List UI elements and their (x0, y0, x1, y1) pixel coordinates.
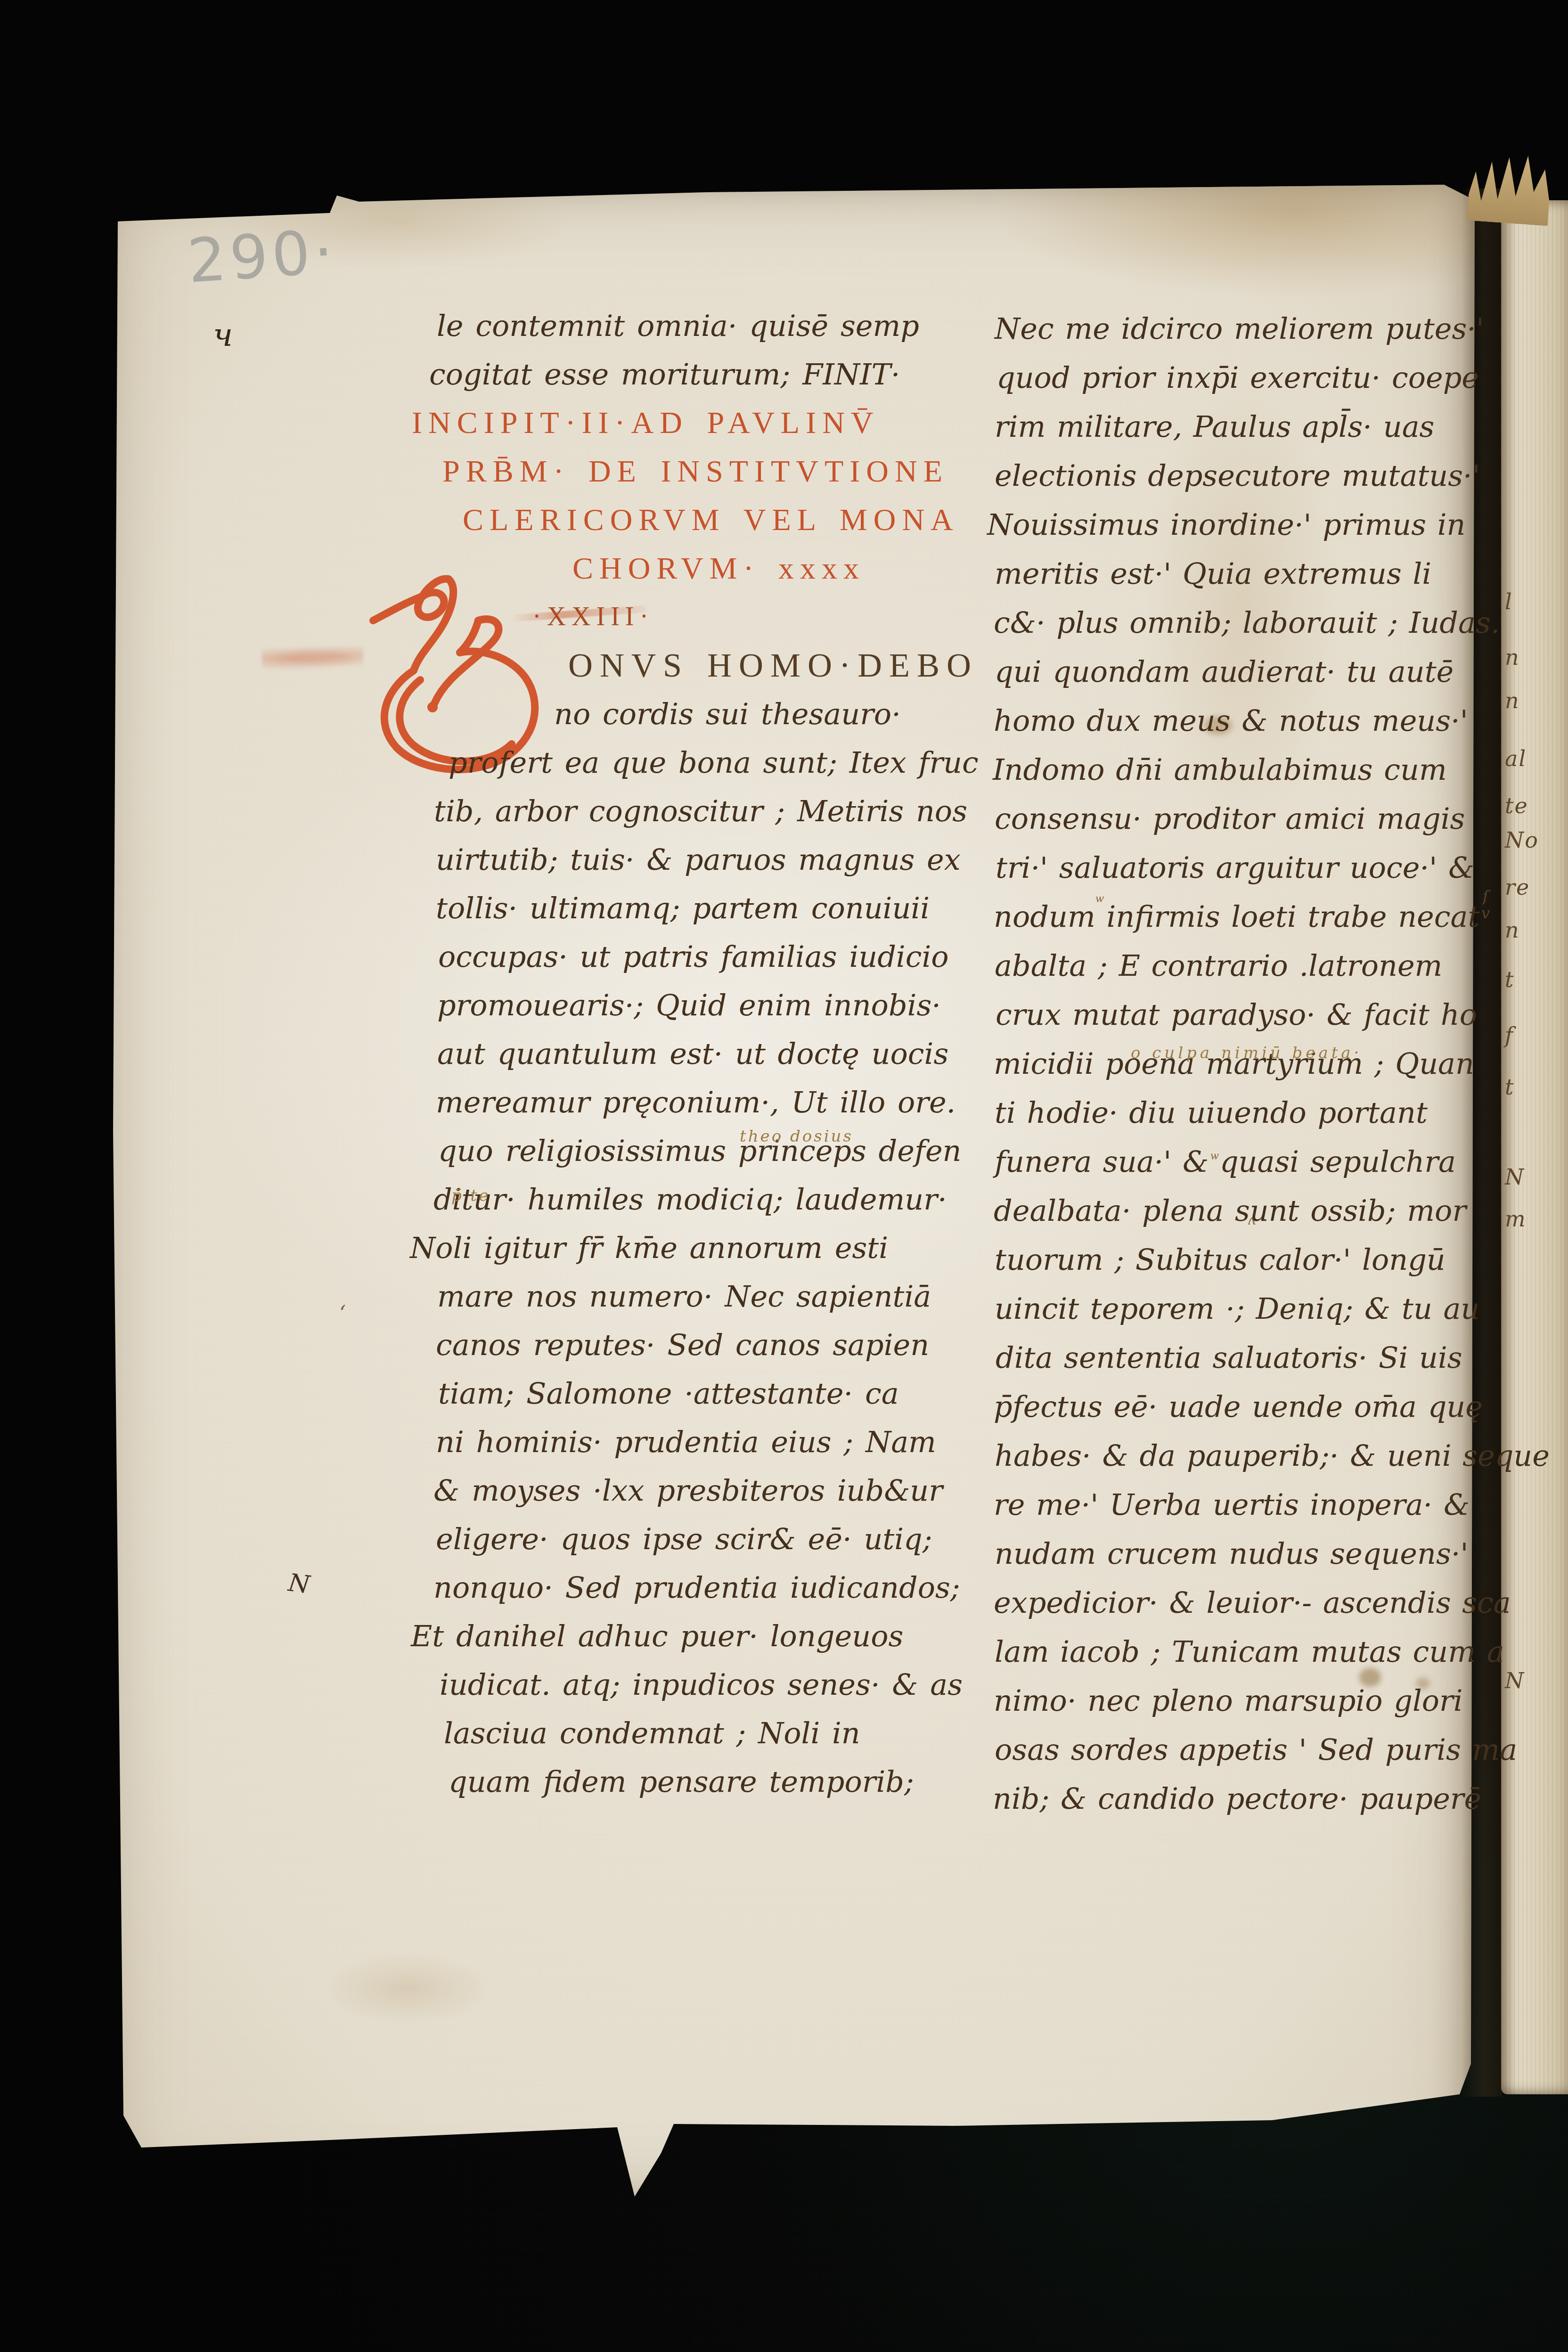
manuscript-text-line: uincit teporem ·; Deniq; & tu au (987, 1284, 1524, 1333)
margin-curl-mark: ʻ (339, 1301, 346, 1325)
manuscript-text-line: habes· & da pauperib;· & ueni seque (987, 1431, 1524, 1480)
manuscript-text-line: nudam crucem nudus sequens·' (987, 1529, 1524, 1578)
manuscript-text-line: tuorum ; Subitus calor·' longū (987, 1235, 1524, 1284)
manuscript-text-line: homo dux meus & notus meus·' (987, 696, 1524, 745)
right-text-column: Nec me idcirco meliorem putes·'quod prio… (987, 304, 1524, 1823)
manuscript-text-line: nimo· nec pleno marsupio glori (987, 1676, 1524, 1725)
manuscript-text-line: ti hodie· diu uiuendo portant (987, 1088, 1524, 1137)
manuscript-text-line: lam iacob ; Tunicam mutas cum a (987, 1627, 1524, 1676)
manuscript-text-line: dealbata· plena sunt ossib; mor (987, 1186, 1524, 1235)
margin-mark-top-left: ч (213, 317, 233, 354)
manuscript-text-line: funera sua·' & quasi sepulchra (987, 1137, 1524, 1186)
manuscript-text-line: tri·' saluatoris arguitur uoce·' & (987, 843, 1524, 892)
manuscript-text-line: electionis depsecutore mutatus·' (987, 451, 1524, 500)
manuscript-text-line: quod prior inxp̄i exercitu· coepe (987, 353, 1524, 402)
manuscript-text-line: Indomo dn̄i ambulabimus cum (987, 745, 1524, 794)
manuscript-text-line: abalta ; E contrario .latronem (987, 941, 1524, 990)
interlinear-gloss-o-culpa: o culpa nimiū beata· (1131, 1044, 1362, 1062)
manuscript-text-line: osas sordes appetis ' Sed puris ma (987, 1725, 1524, 1774)
manuscript-text-line: Nouissimus inordine·' primus in (987, 500, 1524, 549)
manuscript-text-line: c&· plus omnib; laborauit ; Iudas. (987, 598, 1524, 647)
manuscript-text-line: crux mutat paradyso· & facit ho (987, 990, 1524, 1039)
photo-background: lnnalteNorentftNmN 290· ч N ʻ ʌ ѡ ѡ ſ v … (0, 0, 1568, 2352)
manuscript-text-line: Nec me idcirco meliorem putes·' (987, 304, 1524, 353)
interlinear-gloss-theodosius: theo dosius (740, 1127, 853, 1146)
manuscript-text-line: nodum infirmis loeti trabe necat (987, 892, 1524, 941)
margin-mark-lower-left: N (287, 1568, 311, 1599)
manuscript-text-line: expedicior· & leuior·- ascendis sca (987, 1578, 1524, 1627)
manuscript-text-line: dita sententia saluatoris· Si uis (987, 1333, 1524, 1382)
manuscript-text-line: qui quondam audierat· tu autē (987, 647, 1524, 696)
manuscript-text-line: meritis est·' Quia extremus li (987, 549, 1524, 598)
manuscript-text-line: nib; & candido pectore· pauperē (987, 1774, 1524, 1823)
manuscript-text-line: rim militare, Paulus apl̄s· uas (987, 402, 1524, 451)
interlinear-gloss-pte: p̄ te (451, 1186, 490, 1205)
manuscript-text-line: p̄fectus eē· uade uende om̄a quę (987, 1382, 1524, 1431)
manuscript-text-line: re me·' Uerba uertis inopera· & (987, 1480, 1524, 1529)
red-ink-offset (262, 646, 363, 670)
folio-number-pencil: 290· (185, 216, 339, 297)
manuscript-text-line: consensu· proditor amici magis (987, 794, 1524, 843)
